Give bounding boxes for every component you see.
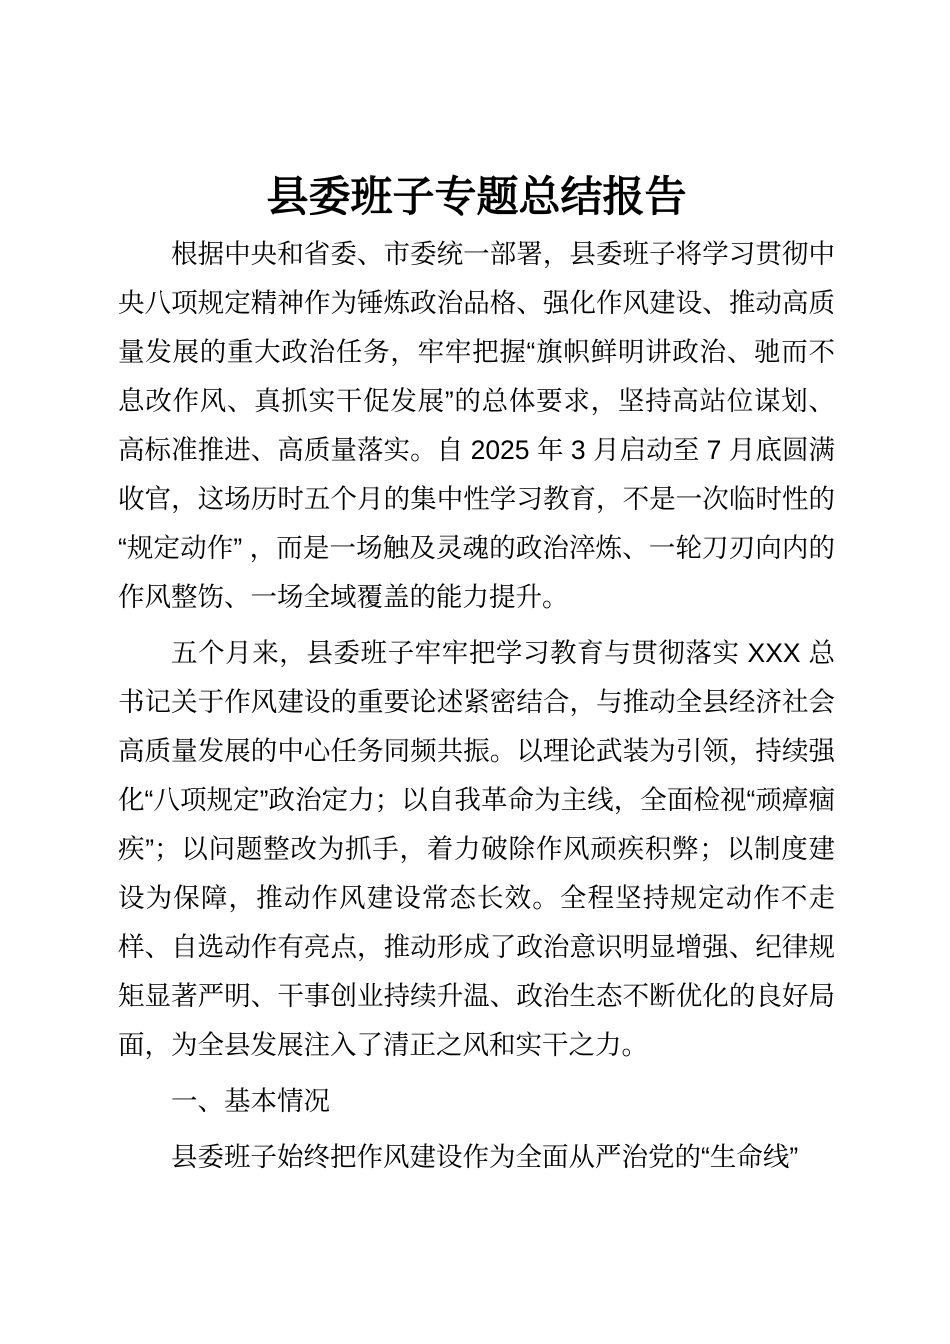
document-title: 县委班子专题总结报告 bbox=[118, 170, 835, 226]
document-body: 根据中央和省委、市委统一部署，县委班子将学习贯彻中央八项规定精神作为锤炼政治品格… bbox=[118, 230, 835, 1182]
section-heading-basic-situation: 一、基本情况 bbox=[118, 1077, 835, 1126]
document-page: 县委班子专题总结报告 根据中央和省委、市委统一部署，县委班子将学习贯彻中央八项规… bbox=[0, 0, 950, 1344]
paragraph-intro: 根据中央和省委、市委统一部署，县委班子将学习贯彻中央八项规定精神作为锤炼政治品格… bbox=[118, 230, 835, 622]
paragraph-section-one-start: 县委班子始终把作风建设作为全面从严治党的“生命线” bbox=[118, 1133, 835, 1182]
paragraph-summary: 五个月来，县委班子牢牢把学习教育与贯彻落实 XXX 总书记关于作风建设的重要论述… bbox=[118, 629, 835, 1070]
